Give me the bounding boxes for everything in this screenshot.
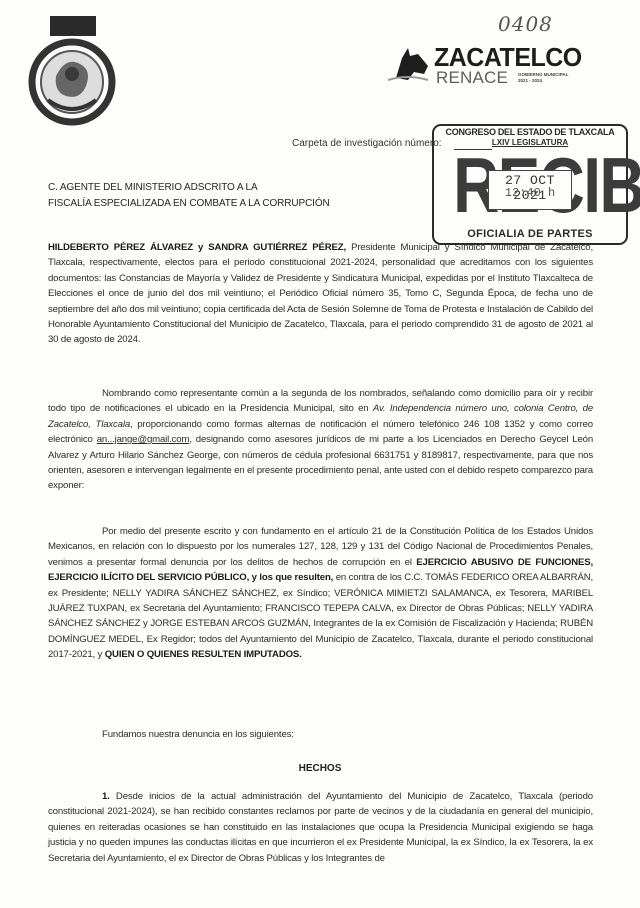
handwritten-folio-number: 0408 [498, 12, 553, 36]
addressee: C. AGENTE DEL MINISTERIO ADSCRITO A LA F… [48, 180, 330, 212]
complainant-names: HILDEBERTO PÉREZ ÁLVAREZ y SANDRA GUTIÉR… [48, 242, 346, 253]
logo-tagline: RENACE [436, 68, 508, 88]
stamp-office: OFICIALIA DE PARTES [437, 228, 623, 240]
email-link[interactable]: an...jange@gmail.com [97, 434, 190, 445]
paragraph-text: Fundamos nuestra denuncia en los siguien… [102, 729, 294, 740]
logo-government-years: 2021 - 2024 [518, 78, 568, 84]
paragraph-complainants: HILDEBERTO PÉREZ ÁLVAREZ y SANDRA GUTIÉR… [48, 240, 593, 348]
paragraph-grounds-intro: Fundamos nuestra denuncia en los siguien… [48, 727, 593, 742]
logo-government-period: GOBIERNO MUNICIPAL 2021 - 2024 [518, 72, 568, 84]
fact-number: 1. [102, 791, 110, 802]
stamp-time: 12:40 h [490, 186, 570, 200]
case-reference-label: Carpeta de investigación número: [292, 138, 442, 149]
section-heading-hechos: HECHOS [0, 763, 640, 774]
paragraph-representation: Nombrando como representante común a la … [48, 386, 593, 494]
addressee-line-1: C. AGENTE DEL MINISTERIO ADSCRITO A LA [48, 180, 330, 196]
addressee-line-2: FISCALÍA ESPECIALIZADA EN COMBATE A LA C… [48, 196, 330, 212]
stamp-institution: CONGRESO DEL ESTADO DE TLAXCALA [437, 127, 623, 137]
accused-clause: QUIEN O QUIENES RESULTEN IMPUTADOS. [105, 649, 302, 660]
paragraph-text: Presidente Municipal y Síndico Municipal… [48, 242, 593, 345]
stamp-legislature: LXIV LEGISLATURA [437, 138, 623, 147]
paragraph-text: en contra de los C.C. TOMÁS FEDERICO ORE… [48, 572, 593, 660]
paragraph-fact-1: 1. Desde inicios de la actual administra… [48, 789, 593, 866]
zacatelco-horse-logo-icon [388, 44, 432, 84]
paragraph-complaint: Por medio del presente escrito y con fun… [48, 524, 593, 663]
mexican-coat-of-arms-icon [22, 16, 122, 126]
paragraph-text: Desde inicios de la actual administració… [48, 791, 593, 864]
